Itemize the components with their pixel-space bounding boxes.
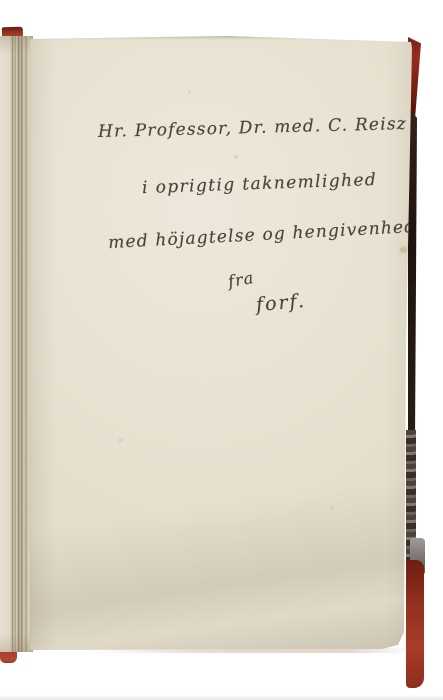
book-gutter-page-edges — [0, 36, 33, 652]
cover-edge-red-bottom-corner — [406, 560, 424, 688]
inscription-line-gratitude: i oprigtig taknemlighed — [142, 170, 378, 198]
flyleaf-page: Hr. Professor, Dr. med. C. Reisz i oprig… — [30, 36, 412, 652]
handwritten-inscription: Hr. Professor, Dr. med. C. Reisz i oprig… — [30, 36, 412, 652]
inscription-line-author: forf. — [255, 290, 307, 316]
inscription-line-respect: med höjagtelse og hengivenhed — [108, 217, 417, 253]
inscription-line-from: fra — [227, 268, 256, 291]
inscription-line-recipient: Hr. Professor, Dr. med. C. Reisz — [98, 114, 407, 142]
book-photo: Hr. Professor, Dr. med. C. Reisz i oprig… — [0, 0, 443, 700]
photo-bottom-strip — [0, 695, 443, 700]
